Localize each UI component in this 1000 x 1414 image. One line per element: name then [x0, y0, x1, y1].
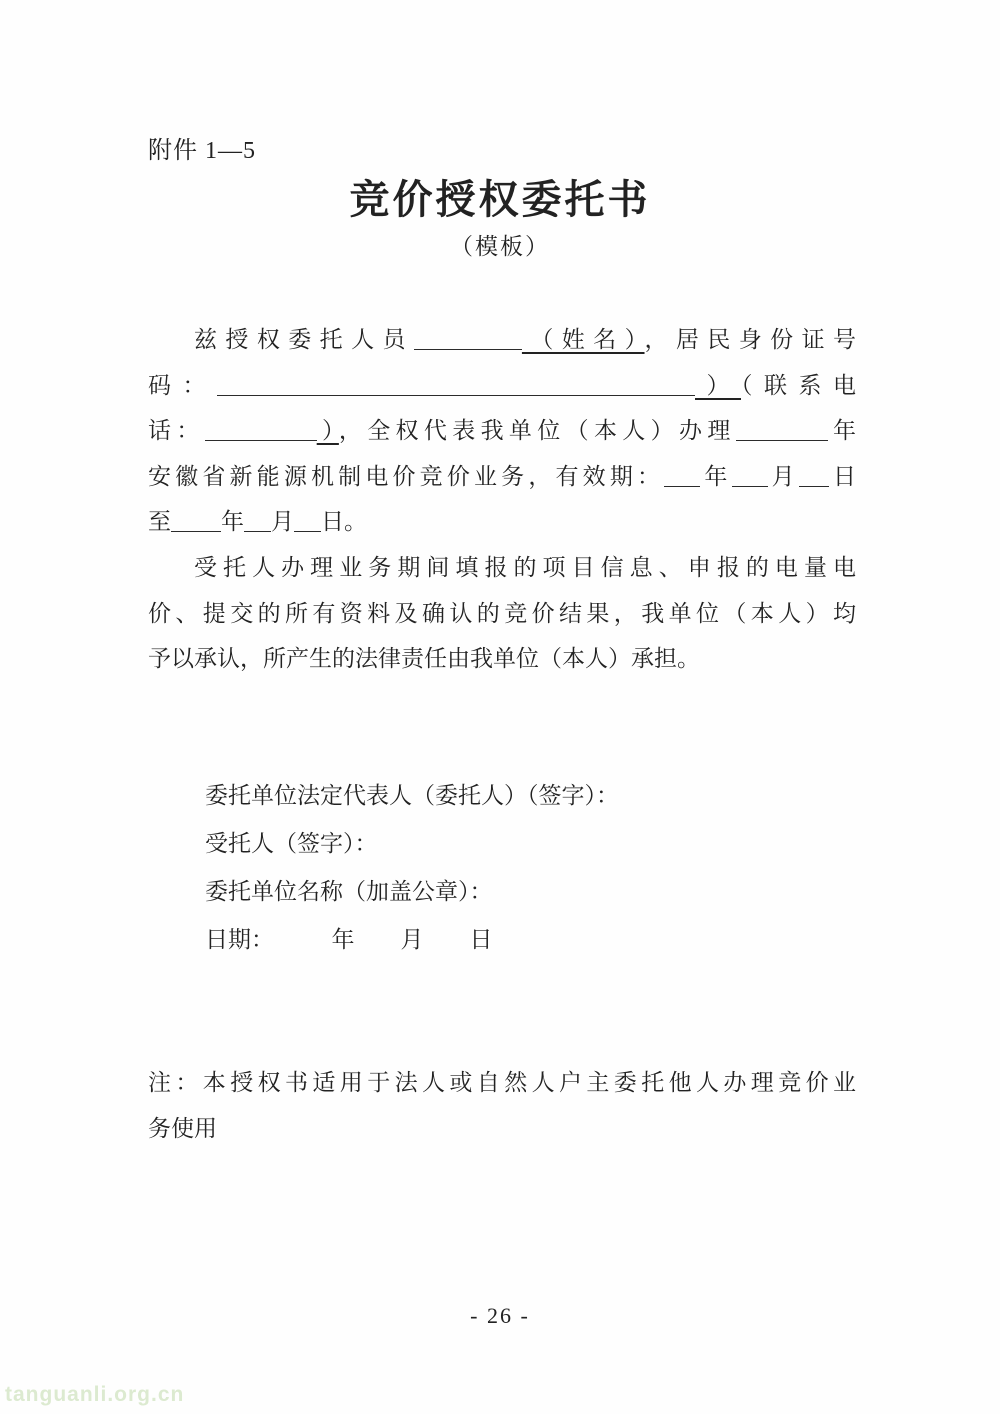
text-segment: （联系电 — [741, 373, 856, 398]
text-segment: ，居民身份证号 — [645, 327, 857, 352]
text-line: 至年月日。 — [148, 499, 856, 545]
text-line: 安徽省新能源机制电价竞价业务，有效期：年月日 — [148, 454, 856, 500]
text-segment: ） — [695, 373, 741, 398]
signature-block: 委托单位法定代表人（委托人）（签字）：受托人（签字）：委托单位名称（加盖公章）：… — [148, 772, 856, 964]
text-segment: 日期： 年 月 日 — [205, 927, 493, 952]
text-segment: 月 — [768, 464, 799, 489]
text-segment: ） — [317, 418, 339, 443]
text-line: 务使用 — [148, 1106, 856, 1152]
text-line: 价、提交的所有资料及确认的竞价结果，我单位（本人）均 — [148, 591, 856, 637]
blank-field — [244, 529, 271, 532]
document-page: 附件 1—5 竞价授权委托书 （模板） 兹授权委托人员（姓名），居民身份证号码：… — [0, 0, 1000, 1414]
text-segment: 委托单位名称（加盖公章）： — [205, 879, 493, 904]
watermark: tanguanli.org.cn — [5, 1383, 184, 1407]
blank-field — [799, 484, 829, 487]
blank-field — [736, 438, 828, 441]
text-line: 话：），全权代表我单位（本人）办理年 — [148, 408, 856, 454]
text-segment: 日 — [829, 464, 856, 489]
document-subtitle: （模板） — [0, 228, 1000, 261]
text-segment: 日。 — [321, 509, 367, 534]
text-segment: ，全权代表我单位（本人）办理 — [339, 418, 736, 443]
text-segment: 受托人办理业务期间填报的项目信息、申报的电量电 — [194, 555, 856, 580]
text-segment: 价、提交的所有资料及确认的竞价结果，我单位（本人）均 — [148, 601, 856, 626]
attachment-label: 附件 1—5 — [148, 130, 256, 165]
text-line: 兹授权委托人员（姓名），居民身份证号 — [148, 317, 856, 363]
text-segment: 予以承认，所产生的法律责任由我单位（本人）承担。 — [148, 646, 700, 671]
text-segment: 兹授权委托人员 — [194, 327, 414, 352]
text-segment: 至 — [148, 509, 171, 534]
page-number: - 26 - — [0, 1303, 1000, 1329]
text-segment: 年 — [700, 464, 731, 489]
body-text: 兹授权委托人员（姓名），居民身份证号码：）（联系电话：），全权代表我单位（本人）… — [148, 317, 856, 682]
paragraph-liability: 受托人办理业务期间填报的项目信息、申报的电量电价、提交的所有资料及确认的竞价结果… — [148, 545, 856, 682]
text-segment: 码： — [148, 373, 217, 398]
text-segment: 安徽省新能源机制电价竞价业务，有效期： — [148, 464, 664, 489]
blank-field — [414, 347, 522, 350]
text-line: 码：）（联系电 — [148, 363, 856, 409]
blank-field — [205, 438, 317, 441]
text-segment: 月 — [271, 509, 294, 534]
text-line: 受托人办理业务期间填报的项目信息、申报的电量电 — [148, 545, 856, 591]
blank-field — [171, 529, 221, 532]
blank-field — [217, 393, 695, 396]
text-segment: 年 — [221, 509, 244, 534]
text-segment: （姓名） — [522, 327, 645, 352]
text-segment: 年 — [828, 418, 856, 443]
text-segment: 委托单位法定代表人（委托人）（签字）： — [205, 783, 619, 808]
blank-field — [732, 484, 768, 487]
text-line: 委托单位法定代表人（委托人）（签字）： — [148, 772, 856, 820]
blank-field — [294, 529, 321, 532]
text-line: 日期： 年 月 日 — [148, 916, 856, 964]
text-line: 受托人（签字）： — [148, 820, 856, 868]
text-segment: 务使用 — [148, 1116, 217, 1141]
note-block: 注：本授权书适用于法人或自然人户主委托他人办理竞价业务使用 — [148, 1060, 856, 1151]
text-segment: 话： — [148, 418, 205, 443]
text-line: 注：本授权书适用于法人或自然人户主委托他人办理竞价业 — [148, 1060, 856, 1106]
paragraph-authorization: 兹授权委托人员（姓名），居民身份证号码：）（联系电话：），全权代表我单位（本人）… — [148, 317, 856, 545]
blank-field — [664, 484, 700, 487]
text-segment: 注：本授权书适用于法人或自然人户主委托他人办理竞价业 — [148, 1070, 856, 1095]
text-segment: 受托人（签字）： — [205, 831, 378, 856]
document-title: 竞价授权委托书 — [0, 168, 1000, 225]
text-line: 委托单位名称（加盖公章）： — [148, 868, 856, 916]
text-line: 予以承认，所产生的法律责任由我单位（本人）承担。 — [148, 636, 856, 682]
